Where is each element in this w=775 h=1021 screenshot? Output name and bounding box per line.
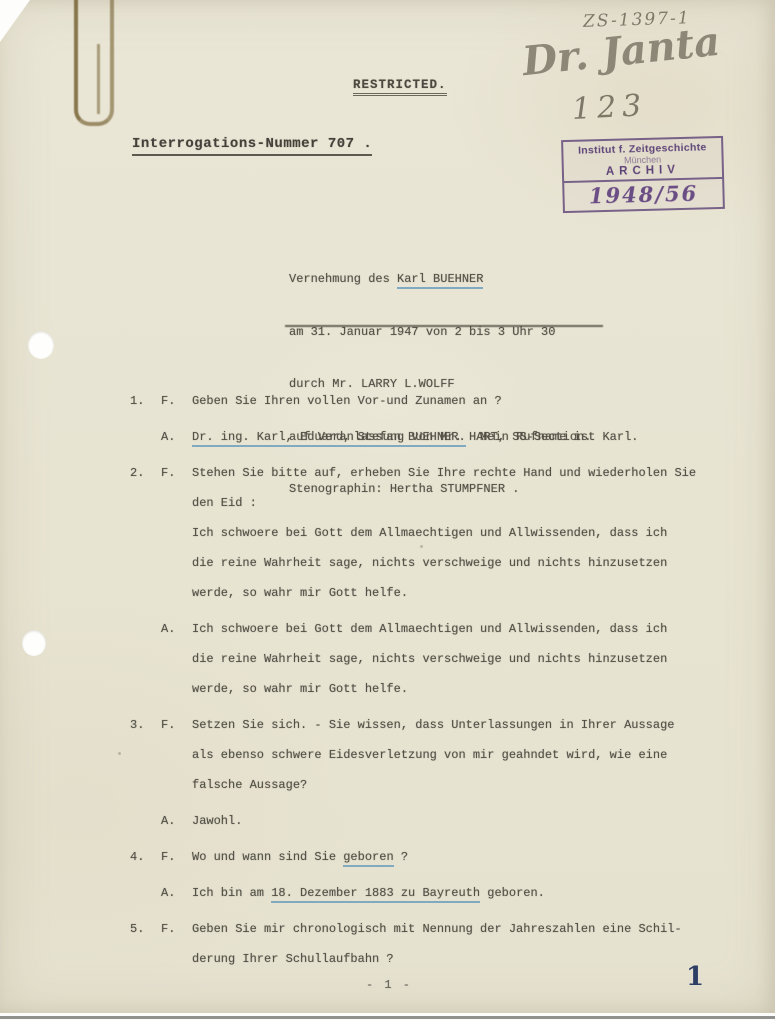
qa-line: Ich schwoere bei Gott dem Allmaechtigen … (192, 614, 745, 644)
qa-line: die reine Wahrheit sage, nichts verschwe… (192, 548, 745, 578)
qa-line: Setzen Sie sich. - Sie wissen, dass Unte… (192, 710, 745, 740)
qa-letter: F. (161, 458, 192, 608)
qa-transcript: 1. F. Geben Sie Ihren vollen Vor-und Zun… (130, 386, 745, 980)
qa-number: 5. (130, 914, 161, 974)
interrogation-number-heading: Interrogations-Nummer 707 . (132, 136, 372, 156)
qa-row-4a: A. Ich bin am 18. Dezember 1883 zu Bayre… (130, 878, 745, 908)
qa-line-underlined: Dr. ing. Karl, Eduard, Stefan BUEHNER. (192, 430, 466, 447)
intro-line-1: Vernehmung des Karl BUEHNER (289, 271, 591, 289)
qa-letter: A. (161, 422, 192, 452)
qa-line: Jawohl. (192, 806, 745, 836)
qa-line: Ich bin am 18. Dezember 1883 zu Bayreuth… (192, 878, 745, 908)
qa-line-pre: Ich bin am (192, 886, 271, 900)
qa-line: Geben Sie mir chronologisch mit Nennung … (192, 914, 745, 944)
qa-letter: A. (161, 806, 192, 836)
qa-number: 3. (130, 710, 161, 800)
qa-line: Dr. ing. Karl, Eduard, Stefan BUEHNER. M… (192, 422, 745, 452)
qa-letter: F. (161, 386, 192, 416)
qa-line-underlined: geboren (343, 850, 393, 867)
qa-letter: F. (161, 710, 192, 800)
qa-line: die reine Wahrheit sage, nichts verschwe… (192, 644, 745, 674)
qa-line: Ich schwoere bei Gott dem Allmaechtigen … (192, 518, 745, 548)
qa-line-post: geboren. (480, 886, 545, 900)
handwritten-page-number: 1 (686, 962, 704, 992)
paperclip-rust-mark-inner (97, 44, 100, 114)
punch-hole-top (28, 331, 54, 359)
qa-letter: F. (161, 914, 192, 974)
qa-line-underlined: 18. Dezember 1883 zu Bayreuth (271, 886, 480, 903)
qa-line: den Eid : (192, 488, 745, 518)
paperclip-rust-mark (74, 0, 114, 126)
qa-row-4f: 4. F. Wo und wann sind Sie geboren ? (130, 842, 745, 872)
qa-line: werde, so wahr mir Gott helfe. (192, 674, 745, 704)
paper-speck (118, 752, 121, 755)
qa-line-pre: Wo und wann sind Sie (192, 850, 343, 864)
qa-number (130, 878, 161, 908)
qa-row-5f: 5. F. Geben Sie mir chronologisch mit Ne… (130, 914, 745, 974)
intro-line1-pre: Vernehmung des (289, 272, 397, 286)
qa-line: als ebenso schwere Eidesverletzung von m… (192, 740, 745, 770)
qa-row-1a: A. Dr. ing. Karl, Eduard, Stefan BUEHNER… (130, 422, 745, 452)
intro-subject-name: Karl BUEHNER (397, 272, 483, 289)
qa-number: 2. (130, 458, 161, 608)
qa-line: derung Ihrer Schullaufbahn ? (192, 944, 745, 974)
qa-line-post: ? (394, 850, 408, 864)
qa-line: werde, so wahr mir Gott helfe. (192, 578, 745, 608)
qa-number (130, 614, 161, 704)
qa-line: Geben Sie Ihren vollen Vor-und Zunamen a… (192, 386, 745, 416)
qa-line: Stehen Sie bitte auf, erheben Sie Ihre r… (192, 458, 745, 488)
qa-row-2f: 2. F. Stehen Sie bitte auf, erheben Sie … (130, 458, 745, 608)
qa-number (130, 806, 161, 836)
qa-line-post: Mein Rufname ist Karl. (466, 430, 639, 444)
qa-letter: F. (161, 842, 192, 872)
qa-number (130, 422, 161, 452)
typed-divider-rule (285, 325, 603, 327)
qa-row-3a: A. Jawohl. (130, 806, 745, 836)
qa-line: falsche Aussage? (192, 770, 745, 800)
qa-number: 4. (130, 842, 161, 872)
punch-hole-bottom (22, 630, 46, 656)
qa-row-3f: 3. F. Setzen Sie sich. - Sie wissen, das… (130, 710, 745, 800)
qa-row-1f: 1. F. Geben Sie Ihren vollen Vor-und Zun… (130, 386, 745, 416)
typed-page-number: - 1 - (366, 978, 412, 992)
stamp-accession-number: 1948/56 (564, 177, 723, 211)
classification-marking: RESTRICTED. (353, 78, 447, 96)
scanned-document-page: ZS-1397-1 Dr. Janta 123 RESTRICTED. Inte… (0, 0, 775, 1021)
archive-stamp: Institut f. Zeitgeschichte München ARCHI… (561, 136, 725, 213)
qa-line: Wo und wann sind Sie geboren ? (192, 842, 745, 872)
qa-row-2a: A. Ich schwoere bei Gott dem Allmaechtig… (130, 614, 745, 704)
qa-letter: A. (161, 614, 192, 704)
qa-number: 1. (130, 386, 161, 416)
scan-edge (0, 1016, 775, 1019)
handwritten-number-annotation: 123 (571, 88, 648, 127)
qa-letter: A. (161, 878, 192, 908)
